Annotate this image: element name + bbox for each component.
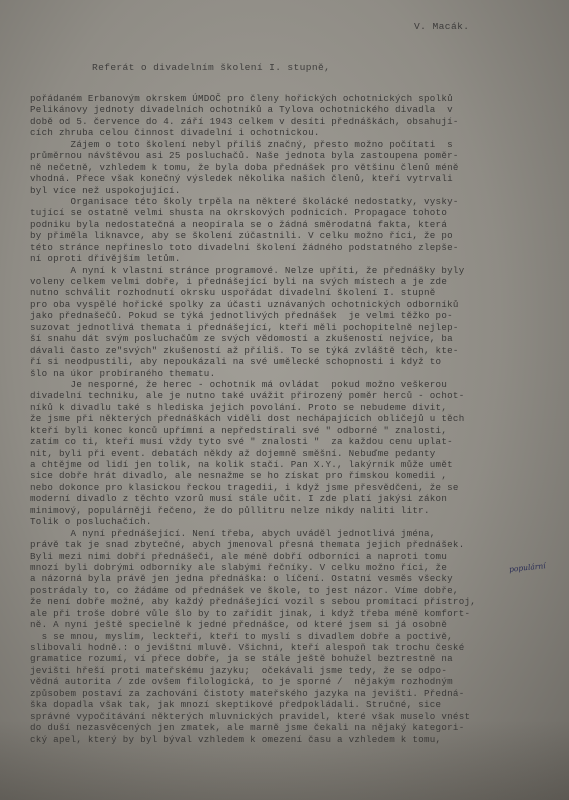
text-line: průměrnou návštěvou asi 25 posluchačů. N… [30,150,560,161]
text-line: by přiměla liknavce, aby se školení zúča… [30,230,560,241]
text-line: a chtějme od lidí jen tolik, na kolik st… [30,459,560,470]
text-line: Tolik o posluchačích. [30,516,560,527]
text-line: této stránce nepřineslo toto divadelní š… [30,242,560,253]
text-line: ška dopadla však tak, jak mnozí skeptiko… [30,699,560,710]
text-line: postrádaly to, co žádáme od přednášek ve… [30,585,560,596]
text-line: zatím co ti, kteří musí vždy tyto své " … [30,436,560,447]
text-line: níků k divadlu také s hlediska jejich po… [30,402,560,413]
text-line: ní oproti dřívějším letům. [30,253,560,264]
text-line: gramatice rozumí, ví přece dobře, ja se … [30,653,560,664]
text-line: Organisace této školy trpěla na některé … [30,196,560,207]
text-line: nutno schválit rozhodnutí okrsku uspořád… [30,287,560,298]
text-line: pro oba vyspělé hořické spolky za účasti… [30,299,560,310]
typewritten-page: V. Macák. Referát o divadelním školení I… [0,0,569,800]
text-line: A nyní k vlastní stránce programové. Nel… [30,265,560,276]
text-line: šlo na úkor probíraného thematu. [30,368,560,379]
text-line: ně nečetně, vzhledem k tomu, že byla dob… [30,162,560,173]
text-line: minimový, populárněji řečeno, že do půll… [30,505,560,516]
text-line: s se mnou, myslím, leckteří, kteří to my… [30,631,560,642]
text-line: tující se ostatně velmi shusta na okrsko… [30,207,560,218]
text-line: vhodná. Přece však konečný výsledek něko… [30,173,560,184]
document-body: pořádaném Erbanovým okrskem ÚMDOČ pro čl… [30,93,560,745]
text-line: době od 5. července do 4. září 1943 celk… [30,116,560,127]
text-line: že jsme při některých přednáškách viděli… [30,413,560,424]
text-line: nebo dokonce pro klasickou řeckou traged… [30,482,560,493]
text-line: Pelikánovy jednoty divadelních ochotníků… [30,104,560,115]
text-line: voleny celkem velmi dobře, i přednášejíc… [30,276,560,287]
text-line: ší snahu dát svým posluchačům ze svých v… [30,333,560,344]
text-line: kteří byli konec konců upřímní a nepředs… [30,425,560,436]
text-line: dávali často ze"svých" zkušeností až pří… [30,345,560,356]
text-line: podniku byla nedostatečná a neopírala se… [30,219,560,230]
text-line: ří si neodpustili, aby nepoukázali na sv… [30,356,560,367]
text-line: mnozí byli dobrými odborníky ale slabými… [30,562,560,573]
text-line: A nyní přednášející. Není třeba, abych u… [30,528,560,539]
text-line: způsobem postaví za zachování čistoty ma… [30,688,560,699]
text-line: slibovali hodně.: o jevištní mluvě. Všic… [30,642,560,653]
text-line: právě tak je snad zbytečné, abych jmenov… [30,539,560,550]
text-line: Byli mezi nimi dobří přednášeči, ale mén… [30,551,560,562]
text-line: jevišti hřeší proti mateřskému jazyku; o… [30,665,560,676]
text-line: divadelní techniku, ale je nutno také uv… [30,390,560,401]
text-line: moderní divadlo z těchto vzorů musí stál… [30,493,560,504]
page-shadow [0,720,569,800]
text-line: vědná autorita / zde ovšem filologická, … [30,676,560,687]
text-line: Zájem o toto školení nebyl příliš značný… [30,139,560,150]
text-line: jako přednašečů. Pokud se týká jednotliv… [30,310,560,321]
text-line: cích zhruba celou činnost divadelní i oc… [30,127,560,138]
document-title: Referát o divadelním školení I. stupně, [92,62,330,73]
text-line: Je nesporné, že herec - ochotník má ovlá… [30,379,560,390]
text-line: ale při troše dobré vůle šlo by to zaříd… [30,608,560,619]
text-line: byl více než uspokojující. [30,185,560,196]
author-signature: V. Macák. [414,21,469,32]
text-line: ně. A nyní ještě specielně k jedné předn… [30,619,560,630]
text-line: nit, byli při event. debatách někdy až d… [30,448,560,459]
text-line: pořádaném Erbanovým okrskem ÚMDOČ pro čl… [30,93,560,104]
text-line: že není dobře možné, aby každý přednášej… [30,596,560,607]
text-line: a názorná byla právě jen jedna přednáška… [30,573,560,584]
text-line: suzovat jednotlivá themata i přednášejíc… [30,322,560,333]
text-line: sice dobře hrát divadlo, ale nesnažme se… [30,470,560,481]
